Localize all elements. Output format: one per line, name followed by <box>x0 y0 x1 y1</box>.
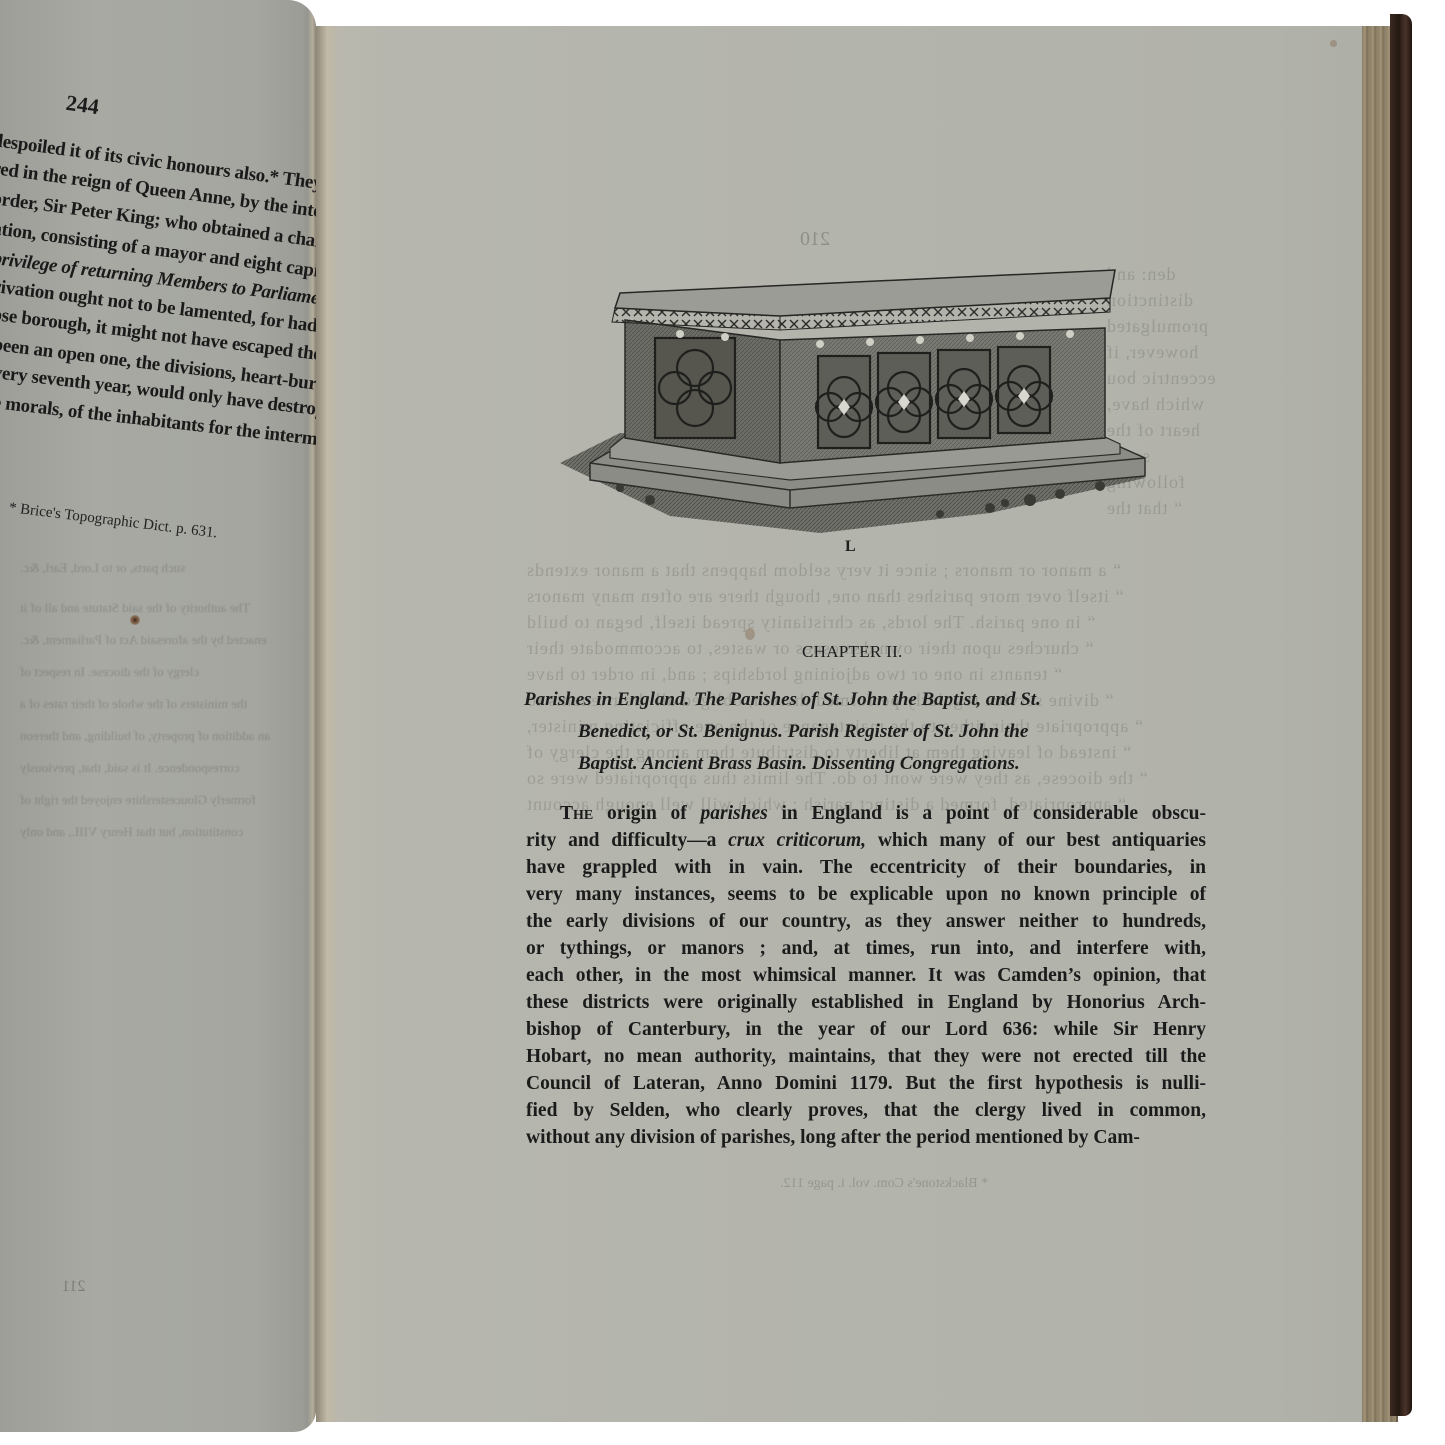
bleed-through-text: The authority of the said Statute and al… <box>20 600 250 616</box>
altar-tomb-engraving <box>560 258 1150 538</box>
bleed-through-text: constitution, but that Henry VIII., and … <box>20 824 243 840</box>
summary-line: Parishes in England. The Parishes of St.… <box>524 684 1204 716</box>
bleed-through-text: the ministers of the whole of their rate… <box>20 696 247 712</box>
bleed-through-text: formerly Gloucestershire enjoyed the rig… <box>20 792 256 808</box>
body-line: the early divisions of our country, as t… <box>526 908 1206 935</box>
bleed-through-footnote: * Blackstone's Com. vol. i. page 112. <box>780 1176 988 1192</box>
bleed-through-text: clergy of the diocese. In respect of <box>20 664 199 680</box>
chapter-summary: Parishes in England. The Parishes of St.… <box>524 684 1204 780</box>
left-footnote: * Brice's Topographic Dict. p. 631. <box>8 500 218 542</box>
drop-word: The <box>560 803 593 824</box>
plate-label: L <box>845 538 856 556</box>
bleed-through-text: enacted by the aforesaid Act of Parliame… <box>20 632 267 648</box>
left-page-number: 244 <box>64 90 100 120</box>
bleed-through-text: “ in one parish. The lords, as christian… <box>526 612 1095 633</box>
bleed-through-text: “ itself over more parishes than one, th… <box>526 586 1123 607</box>
bleed-through-text: such parts, or to Lord, Earl, &c. <box>20 560 185 576</box>
summary-line: Baptist. Ancient Brass Basin. Dissenting… <box>524 748 1204 780</box>
foxing-spot <box>745 628 755 640</box>
body-line: fied by Selden, who clearly proves, that… <box>526 1097 1206 1124</box>
ghost-page-number: 211 <box>62 1278 85 1296</box>
foxing-spot <box>130 615 140 625</box>
bleed-through-text: an addition of property, of building, an… <box>20 728 270 744</box>
bleed-through-text: “ tenants in one or two adjoining lordsh… <box>526 664 1062 685</box>
body-line: without any division of parishes, long a… <box>526 1124 1206 1151</box>
book-cover <box>1390 14 1412 1416</box>
bleed-through-text: “ a manor or manors ; since it very seld… <box>526 560 1121 581</box>
body-line: these districts were originally establis… <box>526 989 1206 1016</box>
summary-line: Benedict, or St. Benignus. Parish Regist… <box>524 716 1204 748</box>
body-line: have grappled with in vain. The eccentri… <box>526 854 1206 881</box>
body-line: bishop of Canterbury, in the year of our… <box>526 1016 1206 1043</box>
bleed-through-text: correspondence. It is said, that, previo… <box>20 760 240 776</box>
body-line: rity and difficulty—a crux criticorum, w… <box>526 827 1206 854</box>
body-line: each other, in the most whimsical manner… <box>526 962 1206 989</box>
body-line: very many instances, seems to be explica… <box>526 881 1206 908</box>
body-text: The origin of parishes in England is a p… <box>526 800 1206 1151</box>
ghost-page-number: 210 <box>800 228 830 251</box>
body-line: Council of Lateran, Anno Domini 1179. Bu… <box>526 1070 1206 1097</box>
left-page: 244 despoiled it of its civic honours al… <box>0 0 316 1432</box>
italic-term: parishes <box>701 803 768 824</box>
chapter-heading: CHAPTER II. <box>802 642 903 662</box>
body-line: The origin of parishes in England is a p… <box>526 800 1206 827</box>
foxing-spot <box>1330 40 1337 47</box>
italic-term: crux criticorum, <box>728 830 866 851</box>
page-gutter <box>316 26 338 1422</box>
body-line: Hobart, no mean authority, maintains, th… <box>526 1043 1206 1070</box>
body-line: or tythings, or manors ; and, at times, … <box>526 935 1206 962</box>
